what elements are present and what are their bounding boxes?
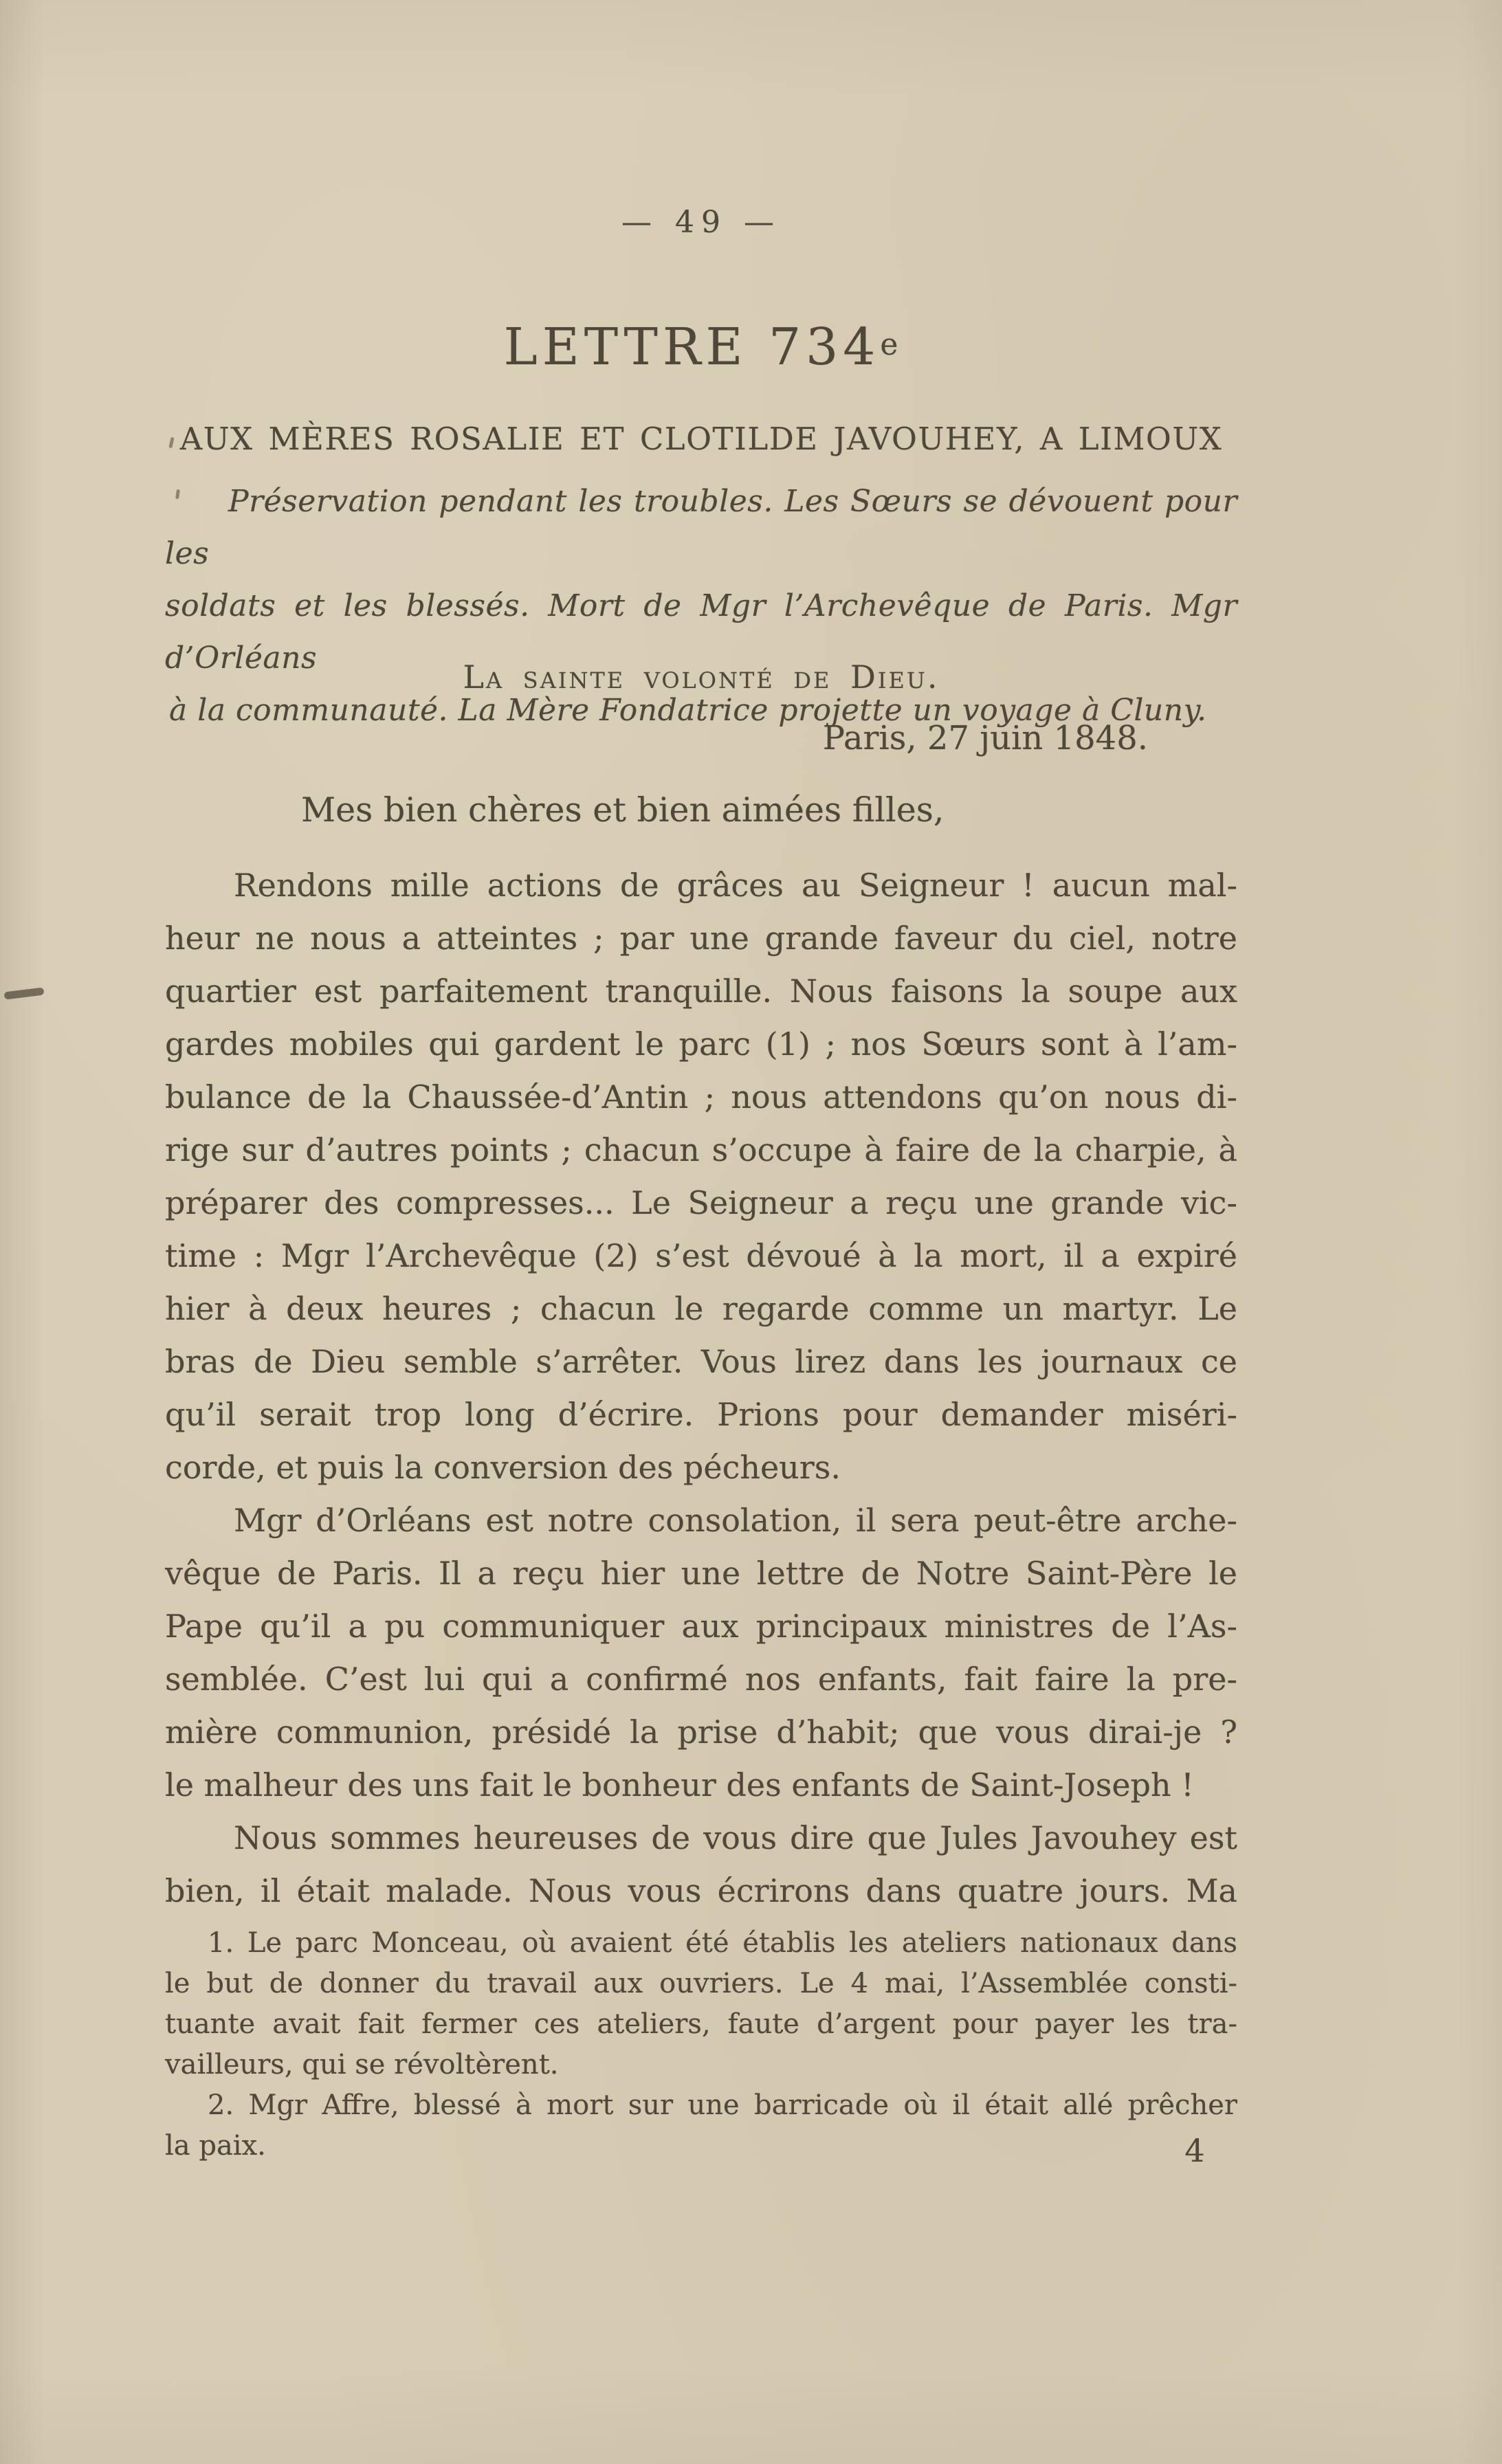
paragraph-3: Nous sommes heureuses de vous dire que J… bbox=[165, 1812, 1237, 1918]
letter-title-text: LETTRE 734 bbox=[504, 318, 881, 377]
footnotes-section: 1. Le parc Monceau, où avaient été établ… bbox=[165, 1923, 1237, 2166]
text-line: Mgr d’Orléans est notre consolation, il … bbox=[165, 1494, 1237, 1547]
text-line: bien, il était malade. Nous vous écriron… bbox=[165, 1865, 1237, 1918]
letter-title: LETTRE 734e bbox=[165, 318, 1237, 377]
footnote-1: 1. Le parc Monceau, où avaient été établ… bbox=[165, 1923, 1237, 2085]
footnote-2: 2. Mgr Affre, blessé à mort sur une barr… bbox=[165, 2085, 1237, 2166]
text-line: vêque de Paris. Il a reçu hier une lettr… bbox=[165, 1547, 1237, 1600]
text-line: heur ne nous a atteintes ; par une grand… bbox=[165, 912, 1237, 965]
margin-ink-mark bbox=[4, 988, 45, 1000]
text-line: tuante avait fait fermer ces ateliers, f… bbox=[165, 2004, 1237, 2045]
letter-summary: Préservation pendant les troubles. Les S… bbox=[165, 476, 1237, 737]
text-line: qu’il serait trop long d’écrire. Prions … bbox=[165, 1388, 1237, 1441]
signature-page-number: 4 bbox=[1160, 2132, 1229, 2169]
text-line: corde, et puis la conversion des pécheur… bbox=[165, 1441, 1237, 1494]
letter-title-ordinal-superscript: e bbox=[880, 327, 898, 362]
salutation: Mes bien chères et bien aimées filles, bbox=[165, 790, 1237, 830]
text-line: Pape qu’il a pu communiquer aux principa… bbox=[165, 1600, 1237, 1653]
text-line: bulance de la Chaussée-d’Antin ; nous at… bbox=[165, 1071, 1237, 1124]
text-line: vailleurs, qui se révoltèrent. bbox=[165, 2045, 1237, 2085]
letter-motto: La sainte volonté de Dieu. bbox=[165, 658, 1237, 696]
text-line: le but de donner du travail aux ouvriers… bbox=[165, 1964, 1237, 2004]
text-line: Rendons mille actions de grâces au Seign… bbox=[165, 859, 1237, 912]
book-page: { "page": { "background_color": "#d8cdb4… bbox=[0, 0, 1502, 2464]
text-line: la paix. bbox=[165, 2126, 1237, 2166]
text-line: 2. Mgr Affre, blessé à mort sur une barr… bbox=[165, 2085, 1237, 2126]
text-line: Préservation pendant les troubles. Les S… bbox=[165, 476, 1237, 580]
text-line: gardes mobiles qui gardent le parc (1) ;… bbox=[165, 1018, 1237, 1071]
text-line: bras de Dieu semble s’arrêter. Vous lire… bbox=[165, 1335, 1237, 1388]
dateline: Paris, 27 juin 1848. bbox=[165, 719, 1237, 757]
page-number-header: — 49 — bbox=[165, 205, 1237, 240]
letter-body: Rendons mille actions de grâces au Seign… bbox=[165, 859, 1237, 1918]
text-line: rige sur d’autres points ; chacun s’occu… bbox=[165, 1124, 1237, 1177]
recipient-heading: AUX MÈRES ROSALIE ET CLOTILDE JAVOUHEY, … bbox=[165, 421, 1237, 457]
text-line: semblée. C’est lui qui a confirmé nos en… bbox=[165, 1653, 1237, 1706]
text-line: mière communion, présidé la prise d’habi… bbox=[165, 1706, 1237, 1759]
text-line: time : Mgr l’Archevêque (2) s’est dévoué… bbox=[165, 1230, 1237, 1283]
text-line: 1. Le parc Monceau, où avaient été établ… bbox=[165, 1923, 1237, 1964]
text-line: préparer des compresses... Le Seigneur a… bbox=[165, 1177, 1237, 1230]
text-line: hier à deux heures ; chacun le regarde c… bbox=[165, 1283, 1237, 1335]
text-line: Nous sommes heureuses de vous dire que J… bbox=[165, 1812, 1237, 1865]
paragraph-2: Mgr d’Orléans est notre consolation, il … bbox=[165, 1494, 1237, 1812]
text-line: le malheur des uns fait le bonheur des e… bbox=[165, 1759, 1237, 1812]
text-line: quartier est parfaitement tranquille. No… bbox=[165, 965, 1237, 1018]
paragraph-1: Rendons mille actions de grâces au Seign… bbox=[165, 859, 1237, 1494]
